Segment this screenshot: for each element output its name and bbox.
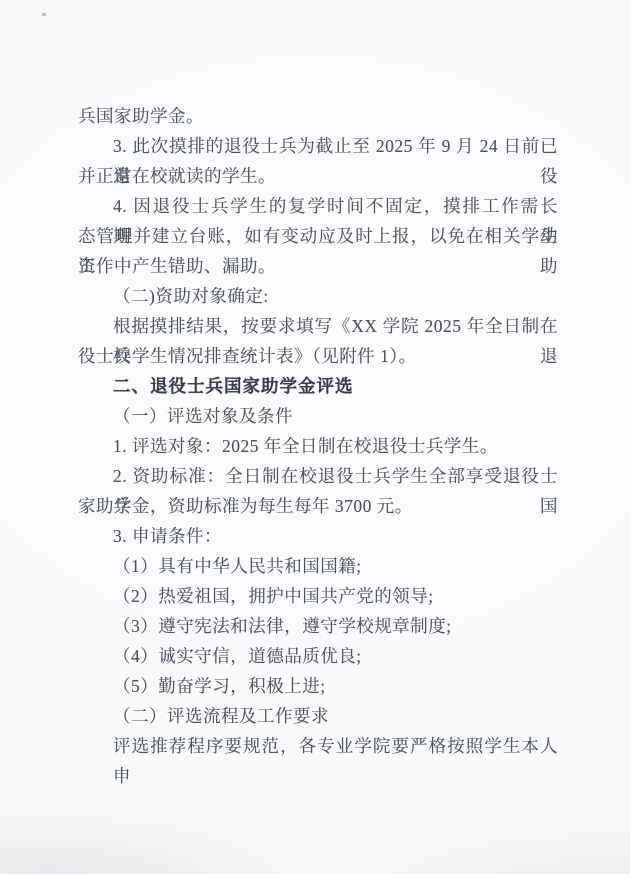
text-line: 3. 申请条件：	[78, 521, 558, 551]
text-line: 2. 资助标准：全日制在校退役士兵学生全部享受退役士兵国	[78, 461, 558, 491]
text-line: （二)资助对象确定:	[78, 281, 558, 311]
scan-artifact-speck	[42, 13, 46, 16]
text-line: 1. 评选对象：2025 年全日制在校退役士兵学生。	[78, 431, 558, 461]
text-line: （3）遵守宪法和法律，遵守学校规章制度;	[78, 611, 558, 641]
document-body: 兵国家助学金。3. 此次摸排的退役士兵为截止至 2025 年 9 月 24 日前…	[78, 101, 558, 761]
text-line: （一）评选对象及条件	[78, 401, 558, 431]
text-line: 根据摸排结果，按要求填写《XX 学院 2025 年全日制在校退	[78, 311, 558, 341]
text-line: （4）诚实守信，道德品质优良;	[78, 641, 558, 671]
section-heading: 二、退役士兵国家助学金评选	[78, 371, 558, 401]
text-line: 态管理并建立台账，如有变动应及时上报，以免在相关学生资助	[78, 221, 558, 251]
scanned-page: 兵国家助学金。3. 此次摸排的退役士兵为截止至 2025 年 9 月 24 日前…	[0, 0, 630, 874]
text-line: 评选推荐程序要规范，各专业学院要严格按照学生本人申	[78, 731, 558, 761]
text-line: （二）评选流程及工作要求	[78, 701, 558, 731]
text-line: 4. 因退役士兵学生的复学时间不固定，摸排工作需长期、动	[78, 191, 558, 221]
text-line: （2）热爱祖国，拥护中国共产党的领导;	[78, 581, 558, 611]
text-line: 3. 此次摸排的退役士兵为截止至 2025 年 9 月 24 日前已退役	[78, 131, 558, 161]
text-line: 兵国家助学金。	[78, 101, 558, 131]
text-line: （1）具有中华人民共和国国籍;	[78, 551, 558, 581]
text-line: （5）勤奋学习，积极上进;	[78, 671, 558, 701]
